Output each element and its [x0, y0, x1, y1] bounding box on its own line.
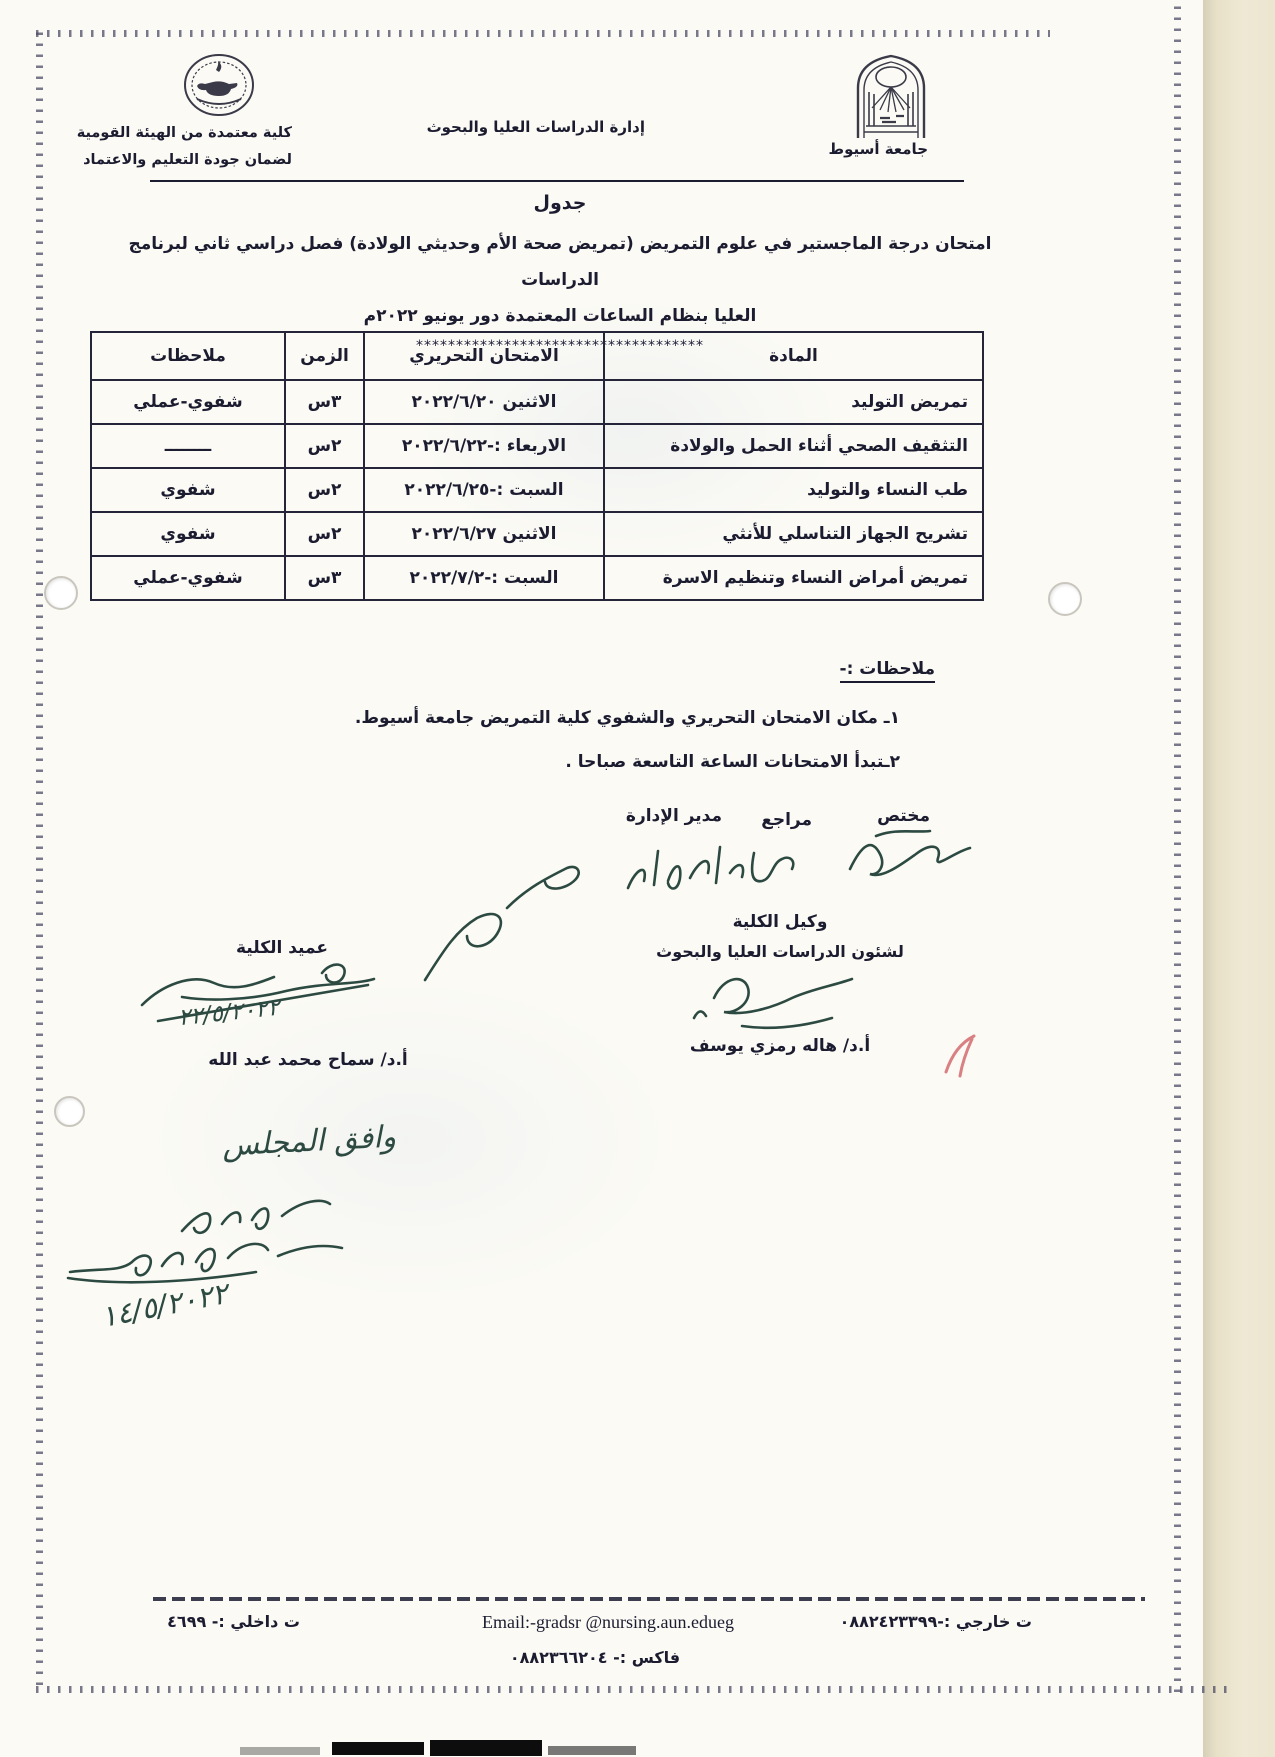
assiut-university-logo [852, 50, 930, 140]
table-row: التثقيف الصحي أثناء الحمل والولادة الارب… [91, 424, 983, 468]
cell-exam-date: الاثنين ٢٠٢٢/٦/٢٠ [364, 380, 604, 424]
admin-director-signature [618, 833, 808, 908]
cell-notes: شفوي [91, 468, 285, 512]
header-notes: ملاحظات [91, 332, 285, 380]
punch-hole [44, 576, 78, 610]
vice-dean-title-1: وكيل الكلية [700, 912, 860, 932]
cell-time: ٢س [285, 468, 364, 512]
email-address: Email:-gradsr @nursing.aun.edueg [443, 1612, 773, 1633]
footer-divider [153, 1597, 1145, 1601]
handwritten-note-diagonal [395, 848, 595, 998]
cell-subject: تمريض التوليد [604, 380, 983, 424]
cell-time: ٣س [285, 556, 364, 600]
red-check-mark [932, 1026, 992, 1086]
header-written-exam: الامتحان التحريري [364, 332, 604, 380]
cell-exam-date: السبت :-٢٠٢٢/٦/٢٥ [364, 468, 604, 512]
cell-subject: التثقيف الصحي أثناء الحمل والولادة [604, 424, 983, 468]
punch-hole [54, 1096, 85, 1127]
vice-dean-title-2: لشئون الدراسات العليا والبحوث [635, 942, 925, 961]
cell-notes: شفوي [91, 512, 285, 556]
accreditation-lamp-logo [183, 53, 255, 117]
cell-notes: شفوي-عملي [91, 556, 285, 600]
accreditation-line2: لضمان جودة التعليم والاعتماد [83, 152, 292, 168]
paper-right-edge [1203, 0, 1275, 1757]
table-row: تمريض أمراض النساء وتنظيم الاسرة السبت :… [91, 556, 983, 600]
title-block: جدول امتحان درجة الماجستير في علوم التمر… [110, 192, 1010, 354]
punch-hole [1048, 582, 1082, 616]
university-name: جامعة أسيوط [828, 140, 928, 158]
perforation-border-right [1174, 0, 1181, 1692]
table-row: طب النساء والتوليد السبت :-٢٠٢٢/٦/٢٥ ٢س … [91, 468, 983, 512]
cell-time: ٣س [285, 380, 364, 424]
cell-exam-date: السبت :-٢٠٢٢/٧/٢ [364, 556, 604, 600]
department-title: إدارة الدراسات العليا والبحوث [427, 118, 645, 136]
exam-schedule-table: المادة الامتحان التحريري الزمن ملاحظات ت… [90, 331, 984, 601]
vice-dean-signature [680, 966, 880, 1041]
cell-exam-date: الاثنين ٢٠٢٢/٦/٢٧ [364, 512, 604, 556]
scan-edge-bar [430, 1740, 542, 1756]
vice-dean-name: أ.د/ هاله رمزي يوسف [655, 1036, 905, 1056]
scanned-document-page: جامعة أسيوط إدارة الدراسات العليا والبحو… [0, 0, 1275, 1757]
table-header-row: المادة الامتحان التحريري الزمن ملاحظات [91, 332, 983, 380]
cell-time: ٢س [285, 512, 364, 556]
specialist-signature [842, 824, 982, 889]
role-reviewer: مراجع [761, 810, 812, 830]
perforation-border-bottom [36, 1686, 1232, 1693]
role-specialist: مختص [877, 806, 930, 826]
flame-icon [216, 61, 221, 72]
header-time: الزمن [285, 332, 364, 380]
title-line1: امتحان درجة الماجستير في علوم التمريض (ت… [110, 226, 1010, 298]
council-approval-note: وافق المجلس [221, 1119, 397, 1163]
fax-number: فاكس :- ٠٨٨٢٣٦٦٢٠٤ [430, 1648, 760, 1667]
role-admin-director: مدير الإدارة [626, 806, 722, 826]
internal-tel: ت داخلي :- ٤٦٩٩ [167, 1612, 300, 1631]
perforation-border-left [36, 30, 43, 1685]
cell-notes: ــــــــ [91, 424, 285, 468]
cell-subject: تمريض أمراض النساء وتنظيم الاسرة [604, 556, 983, 600]
table-row: تمريض التوليد الاثنين ٢٠٢٢/٦/٢٠ ٣س شفوي-… [91, 380, 983, 424]
cell-time: ٢س [285, 424, 364, 468]
table-row: تشريح الجهاز التناسلي للأنثي الاثنين ٢٠٢… [91, 512, 983, 556]
page-title: جدول [110, 192, 1010, 214]
header-divider [150, 180, 964, 182]
note-item-1: ١ـ مكان الامتحان التحريري والشفوي كلية ا… [355, 708, 900, 728]
lamp-icon [197, 81, 237, 96]
accreditation-line1: كلية معتمدة من الهيئة القومية [77, 125, 292, 141]
notes-heading: ملاحظات :- [840, 659, 935, 683]
cell-exam-date: الاربعاء :-٢٠٢٢/٦/٢٢ [364, 424, 604, 468]
cell-subject: تشريح الجهاز التناسلي للأنثي [604, 512, 983, 556]
header-subject: المادة [604, 332, 983, 380]
cell-subject: طب النساء والتوليد [604, 468, 983, 512]
title-line2: العليا بنظام الساعات المعتمدة دور يونيو … [110, 298, 1010, 334]
scan-edge-bar [548, 1746, 636, 1755]
note-item-2: ٢ـتبدأ الامتحانات الساعة التاسعة صباحا . [565, 752, 900, 772]
scan-edge-bar [332, 1742, 424, 1755]
external-tel: ت خارجي :-٠٨٨٢٤٢٣٣٩٩ [840, 1612, 1032, 1631]
perforation-border-top [36, 30, 1050, 37]
dean-name: أ.د/ سماح محمد عبد الله [178, 1050, 438, 1070]
scan-edge-bar [240, 1747, 320, 1755]
cell-notes: شفوي-عملي [91, 380, 285, 424]
